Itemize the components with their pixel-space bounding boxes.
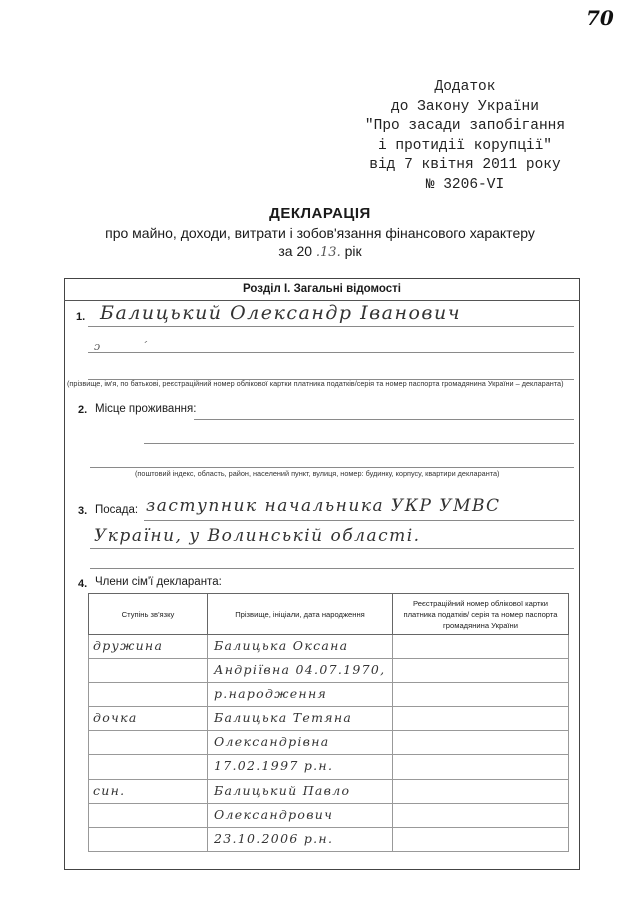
item-1-caption: (прізвище, ім'я, по батькові, реєстрацій… xyxy=(67,379,564,388)
annex-line: від 7 квітня 2011 року xyxy=(340,156,590,176)
table-row: р.народження xyxy=(89,683,569,707)
item-3-number: 3. xyxy=(78,505,87,517)
tax-id-cell xyxy=(393,827,569,851)
member-name-cell: Андріївна 04.07.1970, xyxy=(208,659,393,683)
item-2-caption: (поштовий індекс, область, район, населе… xyxy=(135,469,499,478)
column-header-relation: Ступінь зв'язку xyxy=(89,594,208,635)
declaration-year: за 20 .13. рік xyxy=(0,243,640,260)
column-header-name: Прізвище, ініціали, дата народження xyxy=(208,594,393,635)
tax-id-cell xyxy=(393,779,569,803)
table-row: 17.02.1997 р.н. xyxy=(89,755,569,779)
relation-cell xyxy=(89,731,208,755)
relation-cell: дружина xyxy=(89,635,208,659)
annex-line: до Закону України xyxy=(340,98,590,118)
relation-cell xyxy=(89,683,208,707)
position-line xyxy=(144,520,574,521)
item-3-label: Посада: xyxy=(95,504,138,516)
document-title: ДЕКЛАРАЦІЯ xyxy=(0,205,640,222)
year-prefix: за 20 xyxy=(278,243,312,259)
tax-id-cell xyxy=(393,803,569,827)
relation-cell xyxy=(89,659,208,683)
column-header-tax-id: Реєстраційний номер облікової картки пла… xyxy=(393,594,569,635)
position-handwritten-line2: України, у Волинській області. xyxy=(94,526,421,546)
relation-cell xyxy=(89,803,208,827)
member-name-cell: Балицька Тетяна xyxy=(208,707,393,731)
member-name-cell: Олександрівна xyxy=(208,731,393,755)
relation-cell: син. xyxy=(89,779,208,803)
document-subtitle: про майно, доходи, витрати і зобов'язанн… xyxy=(0,225,640,241)
item-2-label: Місце проживання: xyxy=(95,403,196,415)
position-handwritten-line1: заступник начальника УКР УМВС xyxy=(146,496,501,516)
table-row: Олександрівна xyxy=(89,731,569,755)
item-4-number: 4. xyxy=(78,578,87,590)
address-line xyxy=(90,467,574,468)
member-name-cell: р.народження xyxy=(208,683,393,707)
page-number: 70 xyxy=(586,6,614,30)
tax-id-cell xyxy=(393,755,569,779)
section-header: Розділ І. Загальні відомості xyxy=(64,278,580,301)
table-header-row: Ступінь зв'язку Прізвище, ініціали, дата… xyxy=(89,594,569,635)
table-row: дочкаБалицька Тетяна xyxy=(89,707,569,731)
address-line xyxy=(194,419,574,420)
item-1-number: 1. xyxy=(76,311,85,323)
member-name-cell: Олександрович xyxy=(208,803,393,827)
tax-id-cell xyxy=(393,683,569,707)
item-1-line xyxy=(88,352,574,353)
annex-line: № 3206-VI xyxy=(340,176,590,196)
year-suffix: рік xyxy=(345,243,362,259)
table-row: Андріївна 04.07.1970, xyxy=(89,659,569,683)
position-line xyxy=(90,548,574,549)
tax-id-cell xyxy=(393,635,569,659)
relation-cell: дочка xyxy=(89,707,208,731)
member-name-cell: 23.10.2006 р.н. xyxy=(208,827,393,851)
address-line xyxy=(144,443,574,444)
relation-cell xyxy=(89,827,208,851)
tax-id-cell xyxy=(393,731,569,755)
member-name-cell: 17.02.1997 р.н. xyxy=(208,755,393,779)
annex-line: Додаток xyxy=(340,78,590,98)
declarant-name-handwritten: Балицький Олександр Іванович xyxy=(100,302,461,324)
position-line xyxy=(90,568,574,569)
member-name-cell: Балицька Оксана xyxy=(208,635,393,659)
table-row: 23.10.2006 р.н. xyxy=(89,827,569,851)
family-members-table: Ступінь зв'язку Прізвище, ініціали, дата… xyxy=(88,593,569,852)
item-4-label: Члени сім'ї декларанта: xyxy=(95,576,222,588)
annex-line: "Про засади запобігання xyxy=(340,117,590,137)
item-1-line xyxy=(88,326,574,327)
item-2-number: 2. xyxy=(78,404,87,416)
year-handwritten: .13. xyxy=(316,245,341,260)
table-row: Олександрович xyxy=(89,803,569,827)
table-row: дружинаБалицька Оксана xyxy=(89,635,569,659)
annex-reference: Додаток до Закону України "Про засади за… xyxy=(340,78,590,195)
relation-cell xyxy=(89,755,208,779)
table-row: син.Балицький Павло xyxy=(89,779,569,803)
tax-id-cell xyxy=(393,707,569,731)
tax-id-cell xyxy=(393,659,569,683)
member-name-cell: Балицький Павло xyxy=(208,779,393,803)
redacted-marks: ɔ ˊ xyxy=(94,340,149,353)
annex-line: і протидії корупції" xyxy=(340,137,590,157)
